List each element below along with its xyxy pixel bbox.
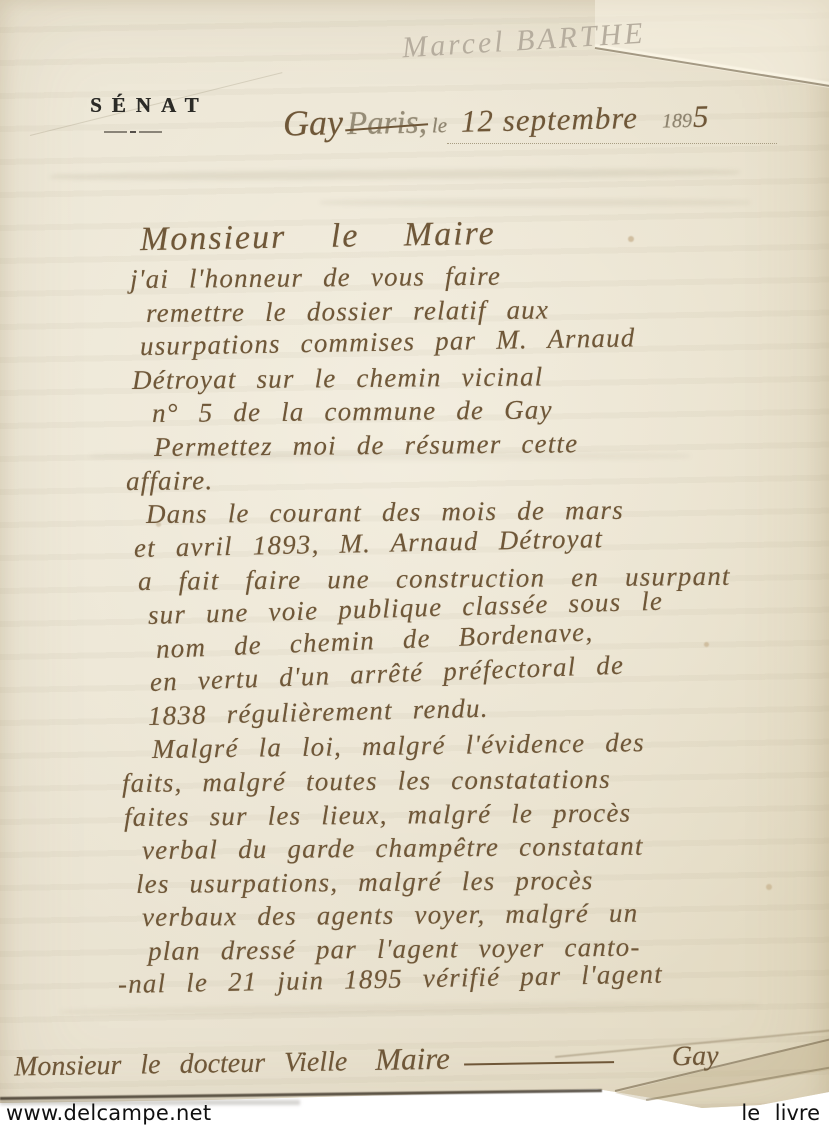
address-recipient: Monsieur le docteur Vielle <box>14 1046 348 1083</box>
printed-year-prefix: 189 <box>662 110 692 134</box>
dateline-date-handwritten: 12 septembre <box>461 100 639 140</box>
handwritten-line: Permettez moi de résumer cette <box>154 425 812 464</box>
printed-le: le <box>432 113 448 138</box>
handwritten-line: verbaux des agents voyer, malgré un <box>142 895 812 934</box>
address-title: Maire <box>375 1041 450 1078</box>
scanned-letter-page: { "colors": { "paper": "#e9e2d0", "ink":… <box>0 0 829 1132</box>
address-rule <box>464 1061 614 1065</box>
handwritten-line: faits, malgré toutes les constatations <box>122 761 812 801</box>
handwritten-line: verbal du garde champêtre constatant <box>142 828 812 867</box>
letterhead-rule <box>104 131 162 133</box>
handwritten-line: j'ai l'honneur de vous faire <box>130 257 812 297</box>
printed-place-struck: Paris, <box>347 104 428 143</box>
foxing-spot <box>628 236 634 242</box>
handwritten-line: n° 5 de la commune de Gay <box>152 392 812 431</box>
dateline: Gay Paris, le 12 septembre 189 5 <box>283 94 709 145</box>
salutation: Monsieur le Maire <box>140 215 496 259</box>
watermark-right: le livre <box>741 1101 820 1125</box>
letter-body: j'ai l'honneur de vous faire remettre le… <box>112 263 812 1002</box>
dotted-date-line <box>447 143 777 144</box>
dateline-year-digit-handwritten: 5 <box>693 99 709 135</box>
show-through-streak <box>320 199 750 206</box>
watermark-left: www.delcampe.net <box>6 1101 211 1125</box>
letter-paper: SÉNAT Marcel BARTHE Gay Paris, le 12 sep… <box>0 0 829 1112</box>
letterhead-title: SÉNAT <box>90 93 208 118</box>
letterhead: SÉNAT <box>90 93 208 118</box>
dateline-place-handwritten: Gay <box>283 101 344 144</box>
